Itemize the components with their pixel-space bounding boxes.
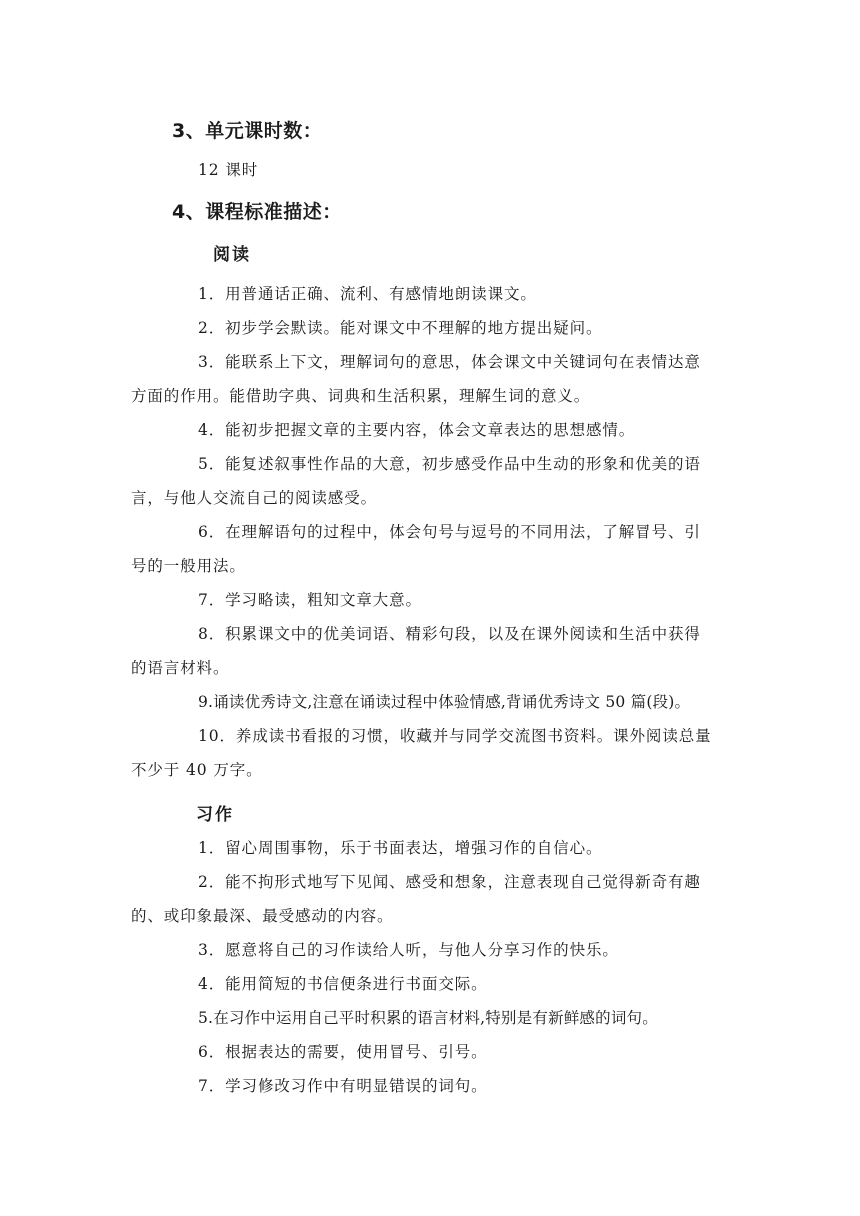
reading-line: 言，与他人交流自己的阅读感受。 xyxy=(131,486,377,508)
writing-line: 4．能用简短的书信便条进行书面交际。 xyxy=(198,972,488,994)
reading-line: 4．能初步把握文章的主要内容，体会文章表达的思想感情。 xyxy=(198,418,635,440)
writing-subheading: 习作 xyxy=(196,800,234,825)
reading-line: 1．用普通话正确、流利、有感情地朗读课文。 xyxy=(198,282,537,304)
document-page: 3、单元课时数： 12 课时 4、课程标准描述： 阅读 1．用普通话正确、流利、… xyxy=(0,0,860,1216)
reading-line: 9.诵读优秀诗文,注意在诵读过程中体验情感,背诵优秀诗文 50 篇(段)。 xyxy=(198,690,690,712)
reading-line: 号的一般用法。 xyxy=(131,554,246,576)
lesson-hours-value: 12 课时 xyxy=(198,158,258,180)
reading-line: 7．学习略读，粗知文章大意。 xyxy=(198,588,422,610)
reading-line: 5．能复述叙事性作品的大意，初步感受作品中生动的形象和优美的语 xyxy=(198,452,701,474)
reading-subheading: 阅读 xyxy=(213,240,251,265)
writing-line: 的、或印象最深、最受感动的内容。 xyxy=(131,904,393,926)
section-3-heading: 3、单元课时数： xyxy=(172,116,322,143)
writing-line: 3．愿意将自己的习作读给人听，与他人分享习作的快乐。 xyxy=(198,938,619,960)
writing-line: 7．学习修改习作中有明显错误的词句。 xyxy=(198,1074,488,1096)
section-4-heading: 4、课程标准描述： xyxy=(172,197,342,224)
writing-line: 1．留心周围事物，乐于书面表达，增强习作的自信心。 xyxy=(198,836,602,858)
reading-line: 方面的作用。能借助字典、词典和生活积累，理解生词的意义。 xyxy=(131,384,590,406)
reading-line: 不少于 40 万字。 xyxy=(131,758,263,780)
reading-line: 8．积累课文中的优美词语、精彩句段，以及在课外阅读和生活中获得 xyxy=(198,622,701,644)
reading-line: 的语言材料。 xyxy=(131,656,229,678)
reading-line: 2．初步学会默读。能对课文中不理解的地方提出疑问。 xyxy=(198,316,602,338)
reading-line: 6．在理解语句的过程中，体会句号与逗号的不同用法，了解冒号、引 xyxy=(198,520,701,542)
writing-line: 2．能不拘形式地写下见闻、感受和想象，注意表现自己觉得新奇有趣 xyxy=(198,870,701,892)
reading-line: 3．能联系上下文，理解词句的意思，体会课文中关键词句在表情达意 xyxy=(198,350,701,372)
reading-line: 10．养成读书看报的习惯，收藏并与同学交流图书资料。课外阅读总量 xyxy=(198,724,712,746)
writing-line: 5.在习作中运用自己平时积累的语言材料,特别是有新鲜感的词句。 xyxy=(198,1006,658,1028)
writing-line: 6．根据表达的需要，使用冒号、引号。 xyxy=(198,1040,488,1062)
